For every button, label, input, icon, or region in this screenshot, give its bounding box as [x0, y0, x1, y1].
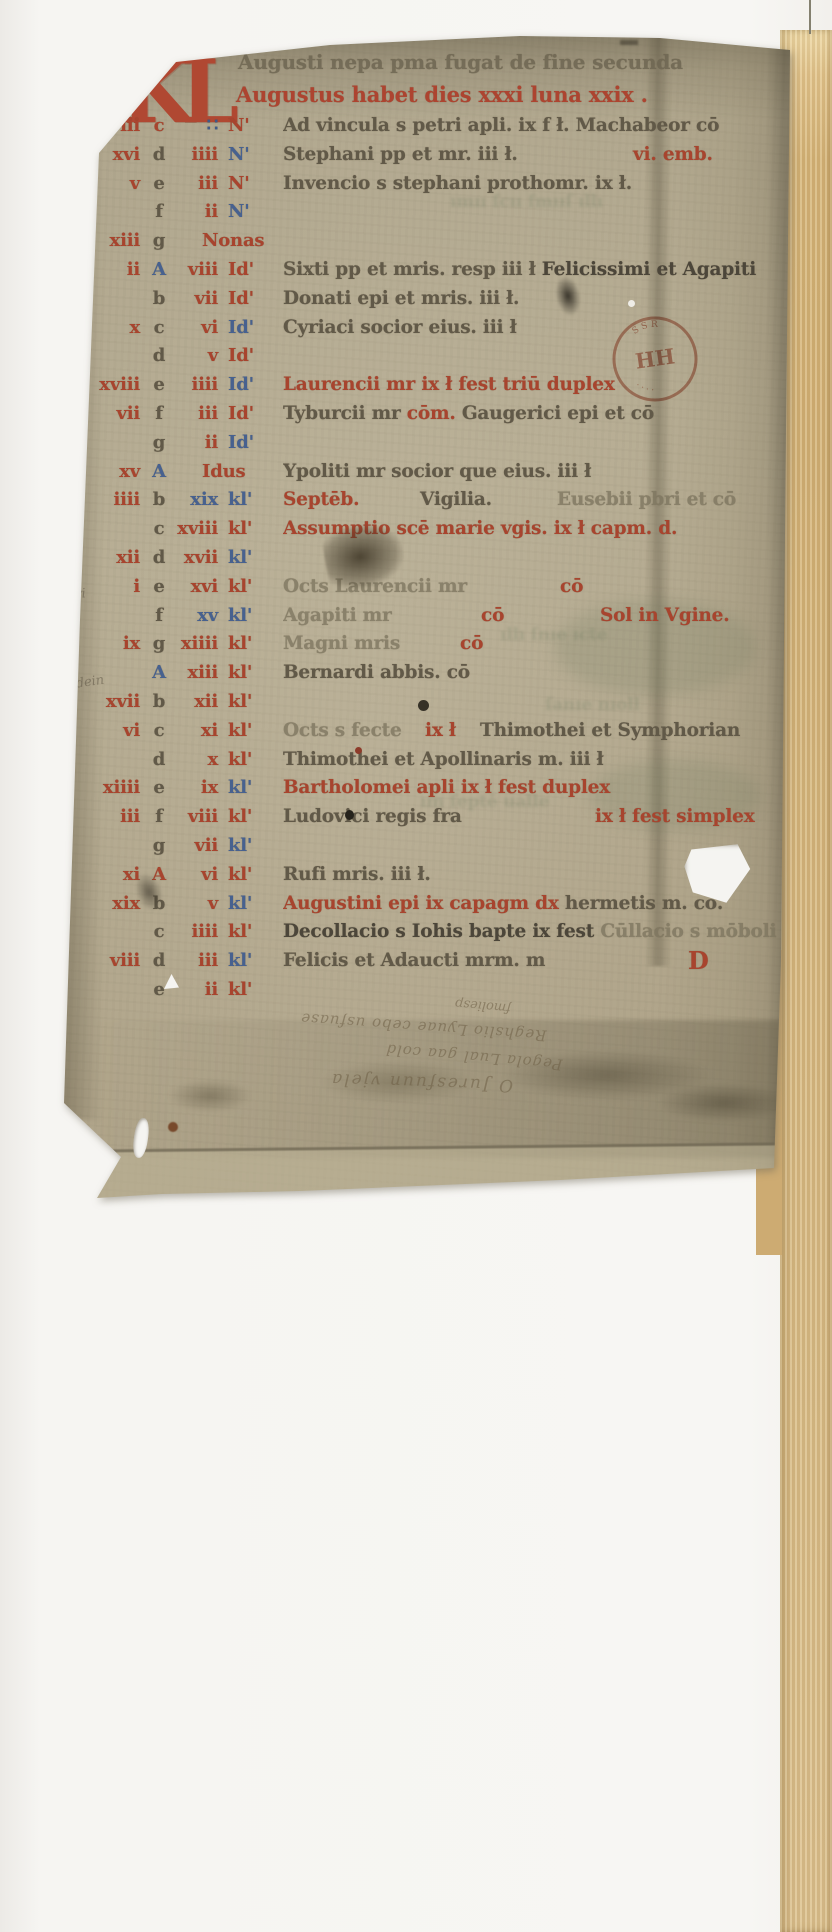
- day-count: xvi: [174, 573, 218, 601]
- ferial-letter: c: [146, 717, 172, 745]
- stamp-rim-bottom-text: · · · ·: [633, 381, 654, 396]
- ferial-letter: g: [146, 429, 172, 457]
- feast-entry: Ad vincula s petri apli. ix f ł. Machabe…: [283, 112, 792, 140]
- ferial-letter: f: [146, 602, 172, 630]
- day-marker: Idus: [202, 458, 282, 486]
- ghost-offset-text: ım ſeptē ualle: [420, 792, 549, 812]
- calendar-row: viii d iii kl' Felicis et Adaucti mrm. m…: [0, 947, 832, 975]
- ferial-letter: e: [146, 573, 172, 601]
- calendar-row: f xv kl' Agapiti mr cōSol in Vgine.: [0, 602, 832, 630]
- margin-note: Mauri: [45, 586, 86, 604]
- ferial-letter: d: [146, 746, 172, 774]
- photographed-manuscript-page: KL Augusti nepa pma fugat de fine secund…: [0, 0, 832, 1932]
- day-count: iii: [174, 170, 218, 198]
- golden-number: ii: [86, 256, 140, 284]
- feast-text-segment: Agapiti mr: [283, 605, 392, 626]
- golden-number: xii: [86, 544, 140, 572]
- day-count: vi: [174, 861, 218, 889]
- calendar-row: vii f iii Id' Tyburcii mr cōm. Gaugerici…: [0, 400, 832, 428]
- day-count: vi: [174, 314, 218, 342]
- feast-entry: Bernardi abbis. cō: [283, 659, 792, 687]
- calendar-row: ix g xiiii kl' Magni mris cō: [0, 630, 832, 658]
- feast-entry: Donati epi et mris. iii ł.: [283, 285, 792, 313]
- parchment-leaf: KL Augusti nepa pma fugat de fine secund…: [0, 0, 832, 1932]
- ferial-letter: b: [146, 486, 172, 514]
- feast-text-segment: Ad vincula s petri apli. ix f ł. Machabe…: [283, 115, 719, 136]
- feast-entry: Decollacio s Iohis bapte ix fest Cūllaci…: [283, 918, 792, 946]
- day-count: iii: [174, 400, 218, 428]
- day-marker: kl': [228, 976, 308, 1004]
- golden-number: xix: [86, 890, 140, 918]
- day-count: viii: [174, 803, 218, 831]
- feast-text-segment: ix ł: [425, 717, 456, 745]
- day-marker: kl': [228, 544, 308, 572]
- feast-text-segment: Magni mris: [283, 633, 400, 654]
- ferial-letter: g: [146, 832, 172, 860]
- bottom-fold-hem: [90, 1142, 779, 1206]
- feast-text-segment: Rufi mris. iii ł.: [283, 864, 431, 885]
- ferial-letter: b: [146, 688, 172, 716]
- calendar-row: xvii b xii kl': [0, 688, 832, 716]
- computus-verse-line: Augusti nepa pma fugat de fine secunda: [238, 50, 683, 74]
- feast-text-segment: Sol in Vgine.: [600, 602, 729, 630]
- edge-smudge: [53, 297, 72, 337]
- calendar-row: e ii kl': [0, 976, 832, 1004]
- ferial-letter: d: [146, 141, 172, 169]
- calendar-row: d v Id' Vigilia: [0, 342, 832, 370]
- feast-entry: Sixti pp et mris. resp iii ł Felicissimi…: [283, 256, 792, 284]
- calendar-row: vi c xi kl' Octs s fecte ix ł Thimothei …: [0, 717, 832, 745]
- day-count: xix: [174, 486, 218, 514]
- feast-text-segment: ix ł fest simplex: [595, 803, 755, 831]
- ferial-letter: d: [146, 342, 172, 370]
- calendar-row: f ii N': [0, 198, 832, 226]
- feast-entry: Cyriaci socior eius. iii ł: [283, 314, 792, 342]
- day-count: xviii: [174, 515, 218, 543]
- golden-number: iii: [86, 803, 140, 831]
- day-marker: N': [228, 198, 308, 226]
- ferial-letter: f: [146, 400, 172, 428]
- day-count: vii: [174, 832, 218, 860]
- ferial-letter: f: [146, 803, 172, 831]
- day-count: x: [174, 746, 218, 774]
- feast-text-segment: Invencio s stephani prothomr. ix ł.: [283, 173, 632, 194]
- day-count: xiiii: [174, 630, 218, 658]
- library-stamp: S S R · · · · НН: [609, 313, 701, 405]
- calendar-row: x c vi Id' Cyriaci socior eius. iii ł: [0, 314, 832, 342]
- feast-text-segment: Eusebii pbri et cō: [557, 486, 736, 514]
- feast-text-segment: Felicis et Adaucti mrm. m: [283, 950, 545, 971]
- pen-flourish: ʒ: [36, 520, 78, 596]
- ferial-letter: c: [146, 918, 172, 946]
- golden-number: xiiii: [86, 774, 140, 802]
- inverted-inscription: O Juresfuun vjela: [330, 1069, 514, 1095]
- feast-text-segment: Octs s fecte: [283, 720, 402, 741]
- feast-entry: Tyburcii mr cōm. Gaugerici epi et cō: [283, 400, 792, 428]
- golden-number: vi: [86, 717, 140, 745]
- day-count: v: [174, 342, 218, 370]
- ferial-letter: f: [146, 198, 172, 226]
- golden-number: iiii: [86, 486, 140, 514]
- ferial-letter: c: [146, 314, 172, 342]
- day-marker: kl': [228, 688, 308, 716]
- feast-entry: Felicis et Adaucti mrm. mD: [283, 947, 792, 975]
- day-count: ii: [174, 429, 218, 457]
- feast-text-segment: hermetis m. cō.: [565, 893, 723, 914]
- day-count: iiii: [174, 371, 218, 399]
- feast-text-segment: Stephani pp et mr. iii ł.: [283, 144, 518, 165]
- day-count: viii: [174, 256, 218, 284]
- feast-text-segment: Cyriaci socior eius. iii ł: [283, 317, 517, 338]
- ferial-letter: d: [146, 947, 172, 975]
- feast-text-segment: Tyburcii mr: [283, 403, 407, 424]
- golden-number: v: [86, 170, 140, 198]
- ferial-letter: A: [146, 659, 172, 687]
- day-count: ii: [174, 198, 218, 226]
- day-count: xv: [174, 602, 218, 630]
- calendar-row: xii d xvii kl': [0, 544, 832, 572]
- feast-entry: Septēb. Vigilia.Eusebii pbri et cō: [283, 486, 792, 514]
- margin-note: Juies: [43, 646, 77, 664]
- calendar-row: iii f viii kl' Ludovici regis fraix ł fe…: [0, 803, 832, 831]
- ink-dot: [418, 700, 429, 711]
- ferial-letter: A: [146, 256, 172, 284]
- day-count: v: [174, 890, 218, 918]
- feast-entry: Ypoliti mr socior que eius. iii ł: [283, 458, 792, 486]
- golden-number: xvii: [86, 688, 140, 716]
- feast-text-segment: Decollacio s Iohis bapte ix fest: [283, 921, 600, 942]
- ferial-letter: e: [146, 371, 172, 399]
- calendar-row: d x kl' Thimothei et Apollinaris m. iii …: [0, 746, 832, 774]
- feast-text-segment: Cūllacio s mōboli: [600, 921, 782, 942]
- golden-number: ix: [86, 630, 140, 658]
- calendar-row: A xiii kl' Bernardi abbis. cō: [0, 659, 832, 687]
- day-count: vii: [174, 285, 218, 313]
- golden-number: i: [86, 573, 140, 601]
- calendar-row: xvi d iiii N' Stephani pp et mr. iii ł.v…: [0, 141, 832, 169]
- feast-text-segment: D: [688, 947, 709, 975]
- golden-number: vii: [86, 400, 140, 428]
- calendar-row: v e iii N' Invencio s stephani prothomr.…: [0, 170, 832, 198]
- edge-dash: [620, 40, 638, 45]
- day-count: ii: [174, 976, 218, 1004]
- day-count: iii: [174, 947, 218, 975]
- feast-text-segment: Bernardi abbis. cō: [283, 662, 470, 683]
- ghost-offset-text: ımıı ſcıı fmııſ ıllı: [450, 192, 603, 212]
- ghost-offset-text: ıllı ſnıe ıcte: [500, 625, 607, 645]
- ferial-letter: c: [146, 112, 172, 140]
- calendar-row: ii A viii Id' Sixti pp et mris. resp iii…: [0, 256, 832, 284]
- ferial-letter: e: [146, 976, 172, 1004]
- feast-text-segment: cōm.: [407, 403, 462, 424]
- golden-number: viii: [86, 947, 140, 975]
- calendar-row: c xviii kl' Assumptio scē marie vgis. ix…: [0, 515, 832, 543]
- parchment-hole: [628, 300, 635, 307]
- golden-number: viii: [86, 112, 140, 140]
- ghost-offset-text: ſanıe nıoll: [545, 695, 640, 715]
- parchment-leaf-wrap: KL Augusti nepa pma fugat de fine secund…: [0, 0, 832, 1932]
- red-dot: [355, 747, 362, 754]
- ferial-letter: e: [146, 774, 172, 802]
- ferial-letter: g: [146, 227, 172, 255]
- ferial-letter: b: [146, 285, 172, 313]
- day-marker: Id': [228, 342, 308, 370]
- calendar-row: g ii Id': [0, 429, 832, 457]
- feast-text-segment: Augustini epi ix capagm dx: [283, 893, 565, 914]
- edge-dash: [296, 38, 322, 44]
- calendar-row: xiiii e ix kl' Bartholomei apli ix ł fes…: [0, 774, 832, 802]
- feast-text-segment: Gaugerici epi et cō: [462, 403, 654, 424]
- ferial-letter: A: [146, 458, 172, 486]
- day-marker: Id': [228, 429, 308, 457]
- edge-smudge: [42, 224, 71, 282]
- golden-number: xv: [86, 458, 140, 486]
- feast-text-segment: cō: [460, 630, 483, 658]
- rust-dot: [168, 1122, 178, 1132]
- ink-dot: [345, 810, 354, 820]
- calendar-row: iiii b xix kl' Septēb. Vigilia.Eusebii p…: [0, 486, 832, 514]
- calendar-row: c iiii kl' Decollacio s Iohis bapte ix f…: [0, 918, 832, 946]
- feast-text-segment: vi. emb.: [633, 141, 713, 169]
- feast-text-segment: Laurencii mr ix ł fest triū duplex: [283, 374, 615, 395]
- calendar-row: xiii g Nonas: [0, 227, 832, 255]
- feast-text-segment: Ypoliti mr socior que eius. iii ł: [283, 461, 591, 482]
- feast-text-segment: Septēb.: [283, 489, 359, 510]
- feast-text-segment: cō: [560, 573, 583, 601]
- feast-text-segment: c kal: [783, 921, 792, 942]
- calendar-row: viii c ∷ N' Ad vincula s petri apli. ix …: [0, 112, 832, 140]
- day-count: xiii: [174, 659, 218, 687]
- day-count: xii: [174, 688, 218, 716]
- calendar-row: xviii e iiii Id' Laurencii mr ix ł fest …: [0, 371, 832, 399]
- feast-text-segment: Thimothei et Symphorian: [480, 717, 740, 745]
- day-count: xvii: [174, 544, 218, 572]
- feast-text-segment: Donati epi et mris. iii ł.: [283, 288, 519, 309]
- ferial-letter: e: [146, 170, 172, 198]
- feast-text-segment: Vigilia.: [420, 486, 492, 514]
- feast-entry: Octs s fecte ix ł Thimothei et Symphoria…: [283, 717, 792, 745]
- stamp-center-text: НН: [634, 343, 677, 373]
- calendar-row: i e xvi kl' Octs Laurencii mr cō: [0, 573, 832, 601]
- ferial-letter: d: [146, 544, 172, 572]
- margin-note: que: [52, 617, 77, 634]
- golden-number: xvi: [86, 141, 140, 169]
- svg-text:· · · ·: · · · ·: [633, 381, 654, 396]
- golden-number: x: [86, 314, 140, 342]
- month-rubric-line: Augustus habet dies xxxi luna xxix .: [236, 82, 648, 107]
- golden-number: xviii: [86, 371, 140, 399]
- golden-number: xiii: [86, 227, 140, 255]
- day-marker: kl': [228, 832, 308, 860]
- calendar-row: xv A Idus Ypoliti mr socior que eius. ii…: [0, 458, 832, 486]
- day-marker: Nonas: [202, 227, 282, 255]
- ferial-letter: g: [146, 630, 172, 658]
- feast-entry: Laurencii mr ix ł fest triū duplex: [283, 371, 792, 399]
- day-count: iiii: [174, 918, 218, 946]
- day-count: ix: [174, 774, 218, 802]
- day-count: iiii: [174, 141, 218, 169]
- ferial-letter: c: [146, 515, 172, 543]
- feast-text-segment: Sixti pp et mris. resp iii ł: [283, 259, 542, 280]
- calendar-row: b vii Id' Donati epi et mris. iii ł.: [0, 285, 832, 313]
- inverted-inscription: Pegola Lual gaa cold: [385, 1040, 564, 1073]
- feast-entry: Stephani pp et mr. iii ł.vi. emb.: [283, 141, 792, 169]
- feast-text-segment: Thimothei et Apollinaris m. iii ł: [283, 749, 603, 770]
- day-count: ∷: [174, 112, 218, 140]
- day-count: xi: [174, 717, 218, 745]
